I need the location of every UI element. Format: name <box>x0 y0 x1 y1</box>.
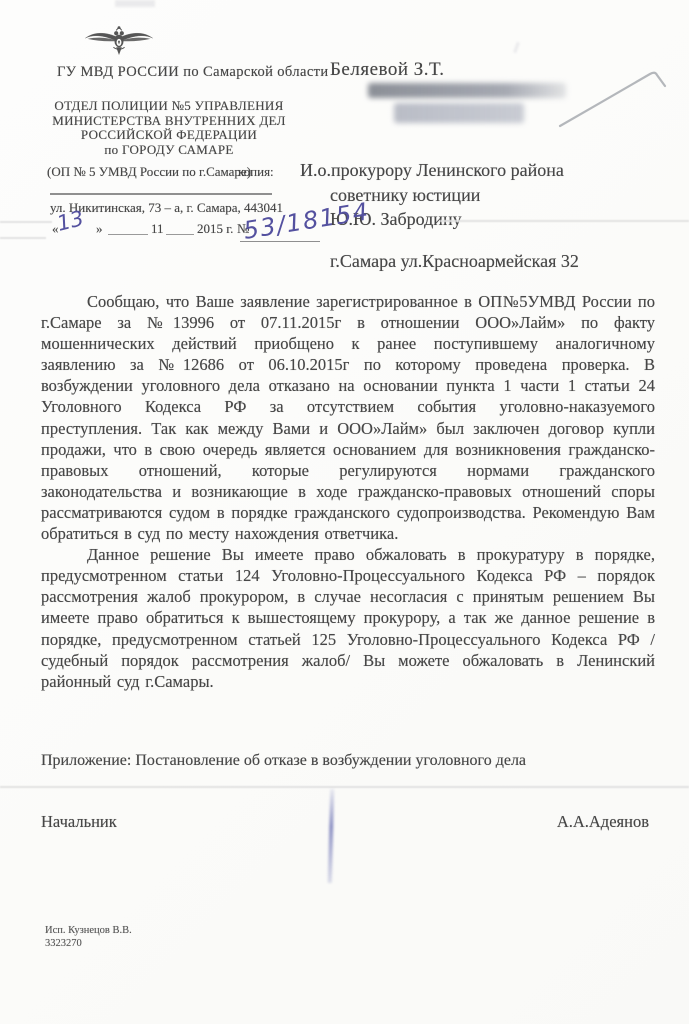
date-year: 2015 г. <box>197 221 233 237</box>
redacted-address-line-2 <box>394 103 524 123</box>
org-name-line: ГУ МВД РОССИИ по Самарской области <box>57 64 329 81</box>
department-line: ОТДЕЛ ПОЛИЦИИ №5 УПРАВЛЕНИЯ <box>43 99 295 114</box>
body-paragraph-2: Данное решение Вы имеете право обжаловат… <box>41 544 655 692</box>
date-close-quote: » <box>96 221 103 237</box>
attachment-line: Приложение: Постановление об отказе в во… <box>41 752 526 770</box>
mvd-double-eagle-emblem-icon <box>84 22 154 62</box>
department-line: РОССИЙСКОЙ ФЕДЕРАЦИИ <box>43 128 295 143</box>
date-blank-line <box>166 234 194 235</box>
department-block: ОТДЕЛ ПОЛИЦИИ №5 УПРАВЛЕНИЯ МИНИСТЕРСТВА… <box>43 99 295 157</box>
executor-phone: 3323270 <box>45 938 132 951</box>
scan-speck <box>115 0 155 7</box>
date-blank-line <box>108 234 148 235</box>
signer-name: А.А.Адеянов <box>557 812 649 832</box>
scan-speck <box>513 42 520 53</box>
signer-title: Начальник <box>41 812 117 832</box>
redacted-address-line-1 <box>368 83 566 98</box>
scan-streak <box>0 786 689 788</box>
pen-stroke-mark-icon <box>548 58 680 140</box>
copy-recipient-line: И.о.прокурору Ленинского района <box>300 158 564 183</box>
department-line: МИНИСТЕРСТВА ВНУТРЕННИХ ДЕЛ <box>43 114 295 129</box>
scan-streak <box>0 221 52 223</box>
op-unit-line: (ОП № 5 УМВД России по г.Самаре) <box>47 164 251 180</box>
letter-body: Сообщаю, что Ваше заявление зарегистриро… <box>41 291 655 692</box>
sender-street-line: ул. Никитинская, 73 – а, г. Самара, 4430… <box>50 200 283 216</box>
addressee-name: Беляевой З.Т. <box>330 59 444 81</box>
scan-streak <box>0 237 46 239</box>
blue-ink-smear <box>328 789 334 883</box>
date-month: 11 <box>151 221 164 237</box>
handwritten-day: 13 <box>54 206 86 236</box>
body-paragraph-1: Сообщаю, что Ваше заявление зарегистриро… <box>41 291 655 544</box>
recipient-address: г.Самара ул.Красноармейская 32 <box>330 251 579 272</box>
scanned-letter-page: ГУ МВД РОССИИ по Самарской области Беляе… <box>0 0 689 1024</box>
executor-block: Исп. Кузнецов В.В. 3323270 <box>45 925 132 950</box>
executor-name: Исп. Кузнецов В.В. <box>45 925 132 938</box>
copy-label: копия: <box>238 164 274 180</box>
department-line: по ГОРОДУ САМАРЕ <box>43 143 295 158</box>
scan-streak <box>440 220 689 222</box>
letterhead-divider <box>50 193 272 195</box>
